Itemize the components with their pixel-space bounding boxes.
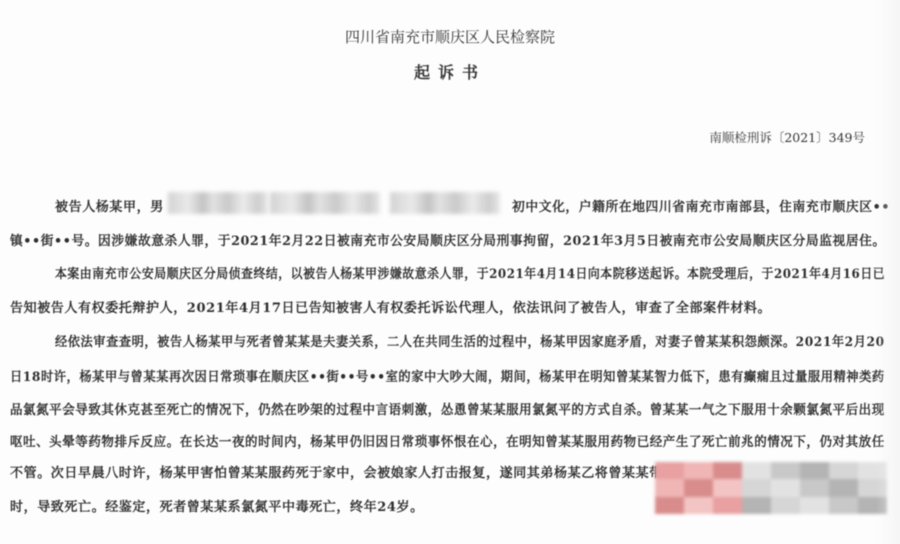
watermark-tile — [800, 462, 829, 479]
watermark-tile — [771, 497, 800, 514]
watermark-tile — [742, 479, 771, 496]
document-line: 品氯氮平会导致其休克甚至死亡的情况下，仍然在吵架的过程中言语刺激，怂恿曾某某服用… — [10, 399, 885, 418]
watermark-tile — [684, 479, 713, 496]
watermark-tile — [655, 497, 684, 514]
watermark-tile — [742, 462, 771, 479]
pixelated-watermark — [655, 462, 887, 514]
document-line: 本案由南充市公安局顺庆区分局侦查终结，以被告人杨某甲涉嫌故意杀人罪，于2021年… — [55, 263, 885, 282]
document-line: 告知被告人有权委托辩护人，2021年4月17日已告知被害人有权委托诉讼代理人，依… — [10, 297, 771, 316]
document-title: 起诉书 — [0, 60, 900, 83]
document-line: 日18时许，杨某甲与曾某某再次因日常琐事在顺庆区••街••号••室的家中大吵大闹… — [10, 366, 885, 385]
document-line: 镇••街••号。因涉嫌故意杀人罪，于2021年2月22日被南充市公安局顺庆区分局… — [10, 230, 886, 249]
watermark-tile — [713, 479, 742, 496]
page-edge-shadow — [876, 0, 900, 544]
watermark-tile — [742, 497, 771, 514]
watermark-tile — [684, 462, 713, 479]
document-line: 初中文化，户籍所在地四川省南充市南部县，住南充市顺庆区•• — [512, 196, 890, 215]
watermark-tile — [800, 479, 829, 496]
organization-heading: 四川省南充市顺庆区人民检察院 — [0, 26, 900, 47]
document-page: 四川省南充市顺庆区人民检察院 起诉书 南顺检刑诉〔2021〕349号 被告人杨某… — [0, 0, 900, 544]
document-number: 南顺检刑诉〔2021〕349号 — [709, 128, 865, 146]
redacted-personal-info — [270, 192, 380, 214]
document-line: 不管。次日早晨八时许，杨某甲害怕曾某某服药死于家中，会被娘家人打击报复，遂同其弟… — [10, 462, 690, 481]
watermark-tile — [684, 497, 713, 514]
watermark-tile — [829, 497, 858, 514]
watermark-tile — [829, 462, 858, 479]
watermark-tile — [771, 462, 800, 479]
redacted-personal-info — [390, 192, 500, 214]
watermark-tile — [655, 479, 684, 496]
document-line: 被告人杨某甲，男 — [55, 196, 164, 215]
watermark-tile — [713, 462, 742, 479]
document-line: 经依法审查查明，被告人杨某甲与死者曾某某是夫妻关系，二人在共同生活的过程中，杨某… — [55, 331, 885, 350]
watermark-tile — [800, 497, 829, 514]
watermark-tile — [713, 497, 742, 514]
document-line: 呕吐、头晕等药物排斥反应。在长达一夜的时间内，杨某甲仍旧因日常琐事怀恨在心，在明… — [10, 431, 885, 450]
redacted-personal-info — [168, 192, 268, 214]
watermark-tile — [829, 479, 858, 496]
watermark-tile — [771, 479, 800, 496]
watermark-tile — [655, 462, 684, 479]
document-line: 时，导致死亡。经鉴定，死者曾某某系氯氮平中毒死亡，终年24岁。 — [10, 496, 424, 515]
